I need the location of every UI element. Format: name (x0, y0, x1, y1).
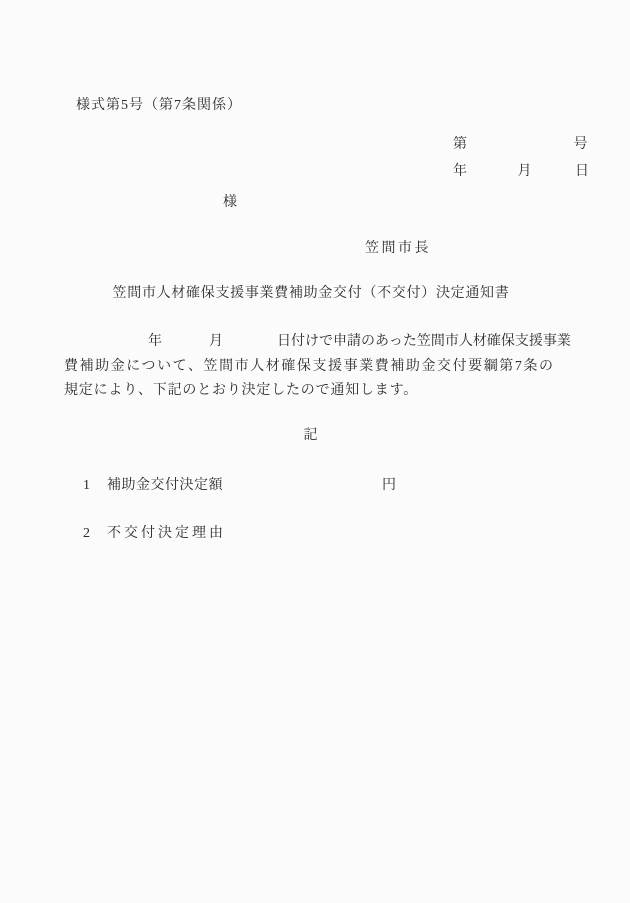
form-number-label: 様式第5号（第7条関係） (76, 98, 242, 114)
body-paragraph-line-2: 費補助金について、笠間市人材確保支援事業費補助金交付要綱第7条の (64, 359, 554, 375)
item-1-unit: 円 (382, 478, 396, 494)
item-1-number: 1 (83, 478, 90, 494)
item-2-label: 不交付決定理由 (107, 526, 226, 542)
body-paragraph-line-3: 規定により、下記のとおり決定したので通知します。 (64, 383, 418, 399)
addressee-honorific: 様 (223, 195, 237, 211)
list-item-1: 1 補助金交付決定額 円 (0, 478, 630, 495)
body-paragraph-line-1: 年 月 日付けで申請のあった笠間市人材確保支援事業 (64, 334, 558, 351)
body-line1-text: 日付けで申請のあった笠間市人材確保支援事業 (277, 334, 571, 350)
document-page: 様式第5号（第7条関係） 第号 年月日 様 笠間市長 笠間市人材確保支援事業費補… (0, 0, 630, 903)
document-title: 笠間市人材確保支援事業費補助金交付（不交付）決定通知書 (64, 286, 558, 302)
date-month-blank (532, 174, 575, 175)
date-line: 年月日 (437, 148, 590, 196)
sender-title: 笠間市長 (365, 241, 431, 257)
item-1-label: 補助金交付決定額 (107, 478, 223, 494)
date-month-label: 月 (518, 164, 533, 179)
body-year-label: 年 (148, 334, 162, 350)
body-month-label: 月 (209, 334, 223, 350)
date-year-label: 年 (453, 164, 468, 179)
record-heading: 記 (64, 428, 558, 444)
item-2-number: 2 (83, 526, 90, 542)
date-day-label: 日 (575, 164, 590, 179)
list-item-2: 2 不交付決定理由 (0, 526, 630, 543)
date-year-blank (468, 174, 518, 175)
